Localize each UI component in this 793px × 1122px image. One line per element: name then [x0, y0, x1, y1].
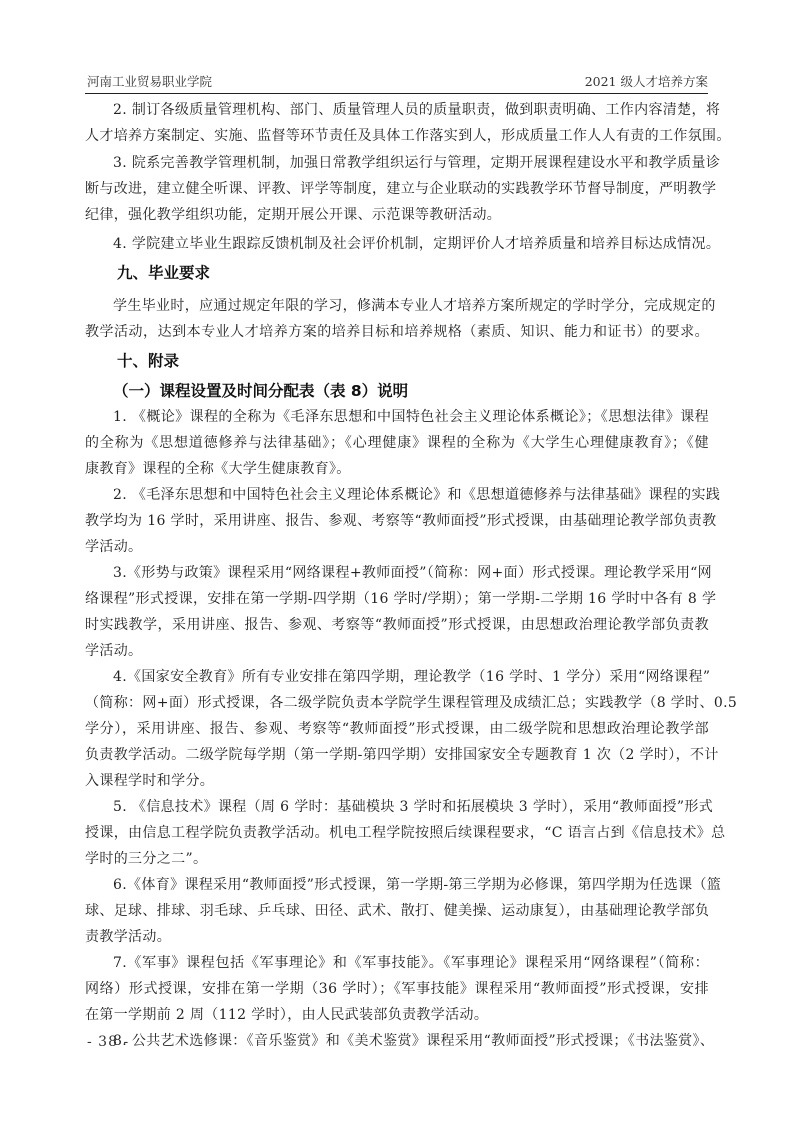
section-heading-graduation-requirements: 九、毕业要求	[117, 263, 210, 283]
list-item-line: 4.《国家安全教育》所有专业安排在第四学期，理论教学（16 学时、1 学分）采用…	[113, 667, 709, 687]
header-institution: 河南工业贸易职业学院	[87, 72, 212, 90]
section-heading-appendix: 十、附录	[117, 351, 179, 371]
list-item-line: 负责教学活动。二级学院每学期（第一学期-第四学期）安排国家安全专题教育 1 次（…	[85, 745, 709, 765]
list-item-line: 授课，由信息工程学院负责教学活动。机电工程学院按照后续课程要求，“C 语言占到《…	[85, 823, 709, 843]
list-item-line: 5. 《信息技术》课程（周 6 学时：基础模块 3 学时和拓展模块 3 学时），…	[113, 797, 709, 817]
document-page: 河南工业贸易职业学院 2021 级人才培养方案 2. 制订各级质量管理机构、部门…	[0, 0, 793, 1122]
list-item-line: 3.《形势与政策》课程采用“网络课程+教师面授”（简称：网+面）形式授课。理论教…	[113, 563, 709, 583]
list-item-line: 6.《体育》课程采用“教师面授”形式授课，第一学期-第三学期为必修课，第四学期为…	[113, 875, 709, 895]
page-number: - 38 -	[87, 1034, 129, 1050]
list-item-line: 时实践教学，采用讲座、报告、参观、考察等“教师面授”形式授课，由思想政治理论教学…	[85, 615, 709, 635]
page-header: 河南工业贸易职业学院 2021 级人才培养方案	[85, 74, 708, 94]
list-item-line: 8. 公共艺术选修课：《音乐鉴赏》和《美术鉴赏》课程采用“教师面授”形式授课；《…	[113, 1031, 709, 1051]
paragraph-line: 2. 制订各级质量管理机构、部门、质量管理人员的质量职责，做到职责明确、工作内容…	[113, 100, 709, 120]
list-item-line: 入课程学时和学分。	[85, 771, 709, 791]
header-doc-title: 2021 级人才培养方案	[585, 72, 708, 90]
list-item-line: 络课程”形式授课，安排在第一学期-四学期（16 学时/学期）；第一学期-二学期 …	[85, 589, 709, 609]
list-item-line: 2. 《毛泽东思想和中国特色社会主义理论体系概论》和《思想道德修养与法律基础》课…	[113, 485, 709, 505]
list-item-line: 在第一学期前 2 周（112 学时），由人民武装部负责教学活动。	[85, 1005, 709, 1025]
paragraph-line: 3. 院系完善教学管理机制，加强日常教学组织运行与管理，定期开展课程建设水平和教…	[113, 153, 709, 173]
list-item-line: 康教育》课程的全称《大学生健康教育》。	[85, 459, 709, 479]
list-item-line: 球、足球、排球、羽毛球、乒乓球、田径、武术、散打、健美操、运动康复），由基础理论…	[85, 901, 709, 921]
paragraph-line: 教学活动，达到本专业人才培养方案的培养目标和培养规格（素质、知识、能力和证书）的…	[85, 322, 709, 342]
list-item-line: 学时的三分之二”。	[85, 849, 709, 869]
list-item-line: 学活动。	[85, 641, 709, 661]
list-item-line: 7.《军事》课程包括《军事理论》和《军事技能》。《军事理论》课程采用“网络课程”…	[113, 953, 709, 973]
list-item-line: 网络）形式授课，安排在第一学期（36 学时）；《军事技能》课程采用“教师面授”形…	[85, 979, 709, 999]
list-item-line: 教学均为 16 学时，采用讲座、报告、参观、考察等“教师面授”形式授课，由基础理…	[85, 511, 709, 531]
list-item-line: 的全称为《思想道德修养与法律基础》；《心理健康》课程的全称为《大学生心理健康教育…	[85, 433, 709, 453]
list-item-line: 责教学活动。	[85, 927, 709, 947]
list-item-line: 学分），采用讲座、报告、参观、考察等“教师面授”形式授课，由二级学院和思想政治理…	[85, 719, 709, 739]
list-item-line: 学活动。	[85, 537, 709, 557]
list-item-line: 1. 《概论》课程的全称为《毛泽东思想和中国特色社会主义理论体系概论》；《思想法…	[113, 407, 709, 427]
list-item-line: （简称：网+面）形式授课，各二级学院负责本学院学生课程管理及成绩汇总；实践教学（…	[85, 693, 709, 713]
paragraph-line: 人才培养方案制定、实施、监督等环节责任及具体工作落实到人，形成质量工作人人有责的…	[85, 126, 709, 146]
subsection-heading-course-table: （一）课程设置及时间分配表（表 8）说明	[113, 381, 408, 401]
paragraph-line: 断与改进，建立健全听课、评教、评学等制度，建立与企业联动的实践教学环节督导制度，…	[85, 179, 709, 199]
paragraph-line: 4. 学院建立毕业生跟踪反馈机制及社会评价机制，定期评价人才培养质量和培养目标达…	[113, 234, 709, 254]
paragraph-line: 纪律，强化教学组织功能，定期开展公开课、示范课等教研活动。	[85, 205, 709, 225]
paragraph-line: 学生毕业时，应通过规定年限的学习，修满本专业人才培养方案所规定的学时学分，完成规…	[113, 296, 709, 316]
